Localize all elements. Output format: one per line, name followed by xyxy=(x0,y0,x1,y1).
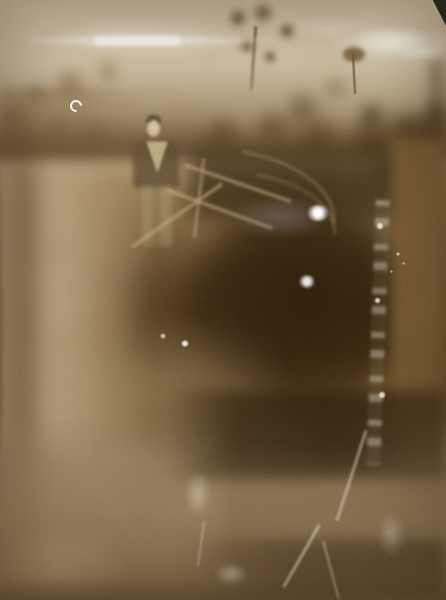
edge-vignette xyxy=(0,0,446,600)
photograph xyxy=(0,0,446,600)
